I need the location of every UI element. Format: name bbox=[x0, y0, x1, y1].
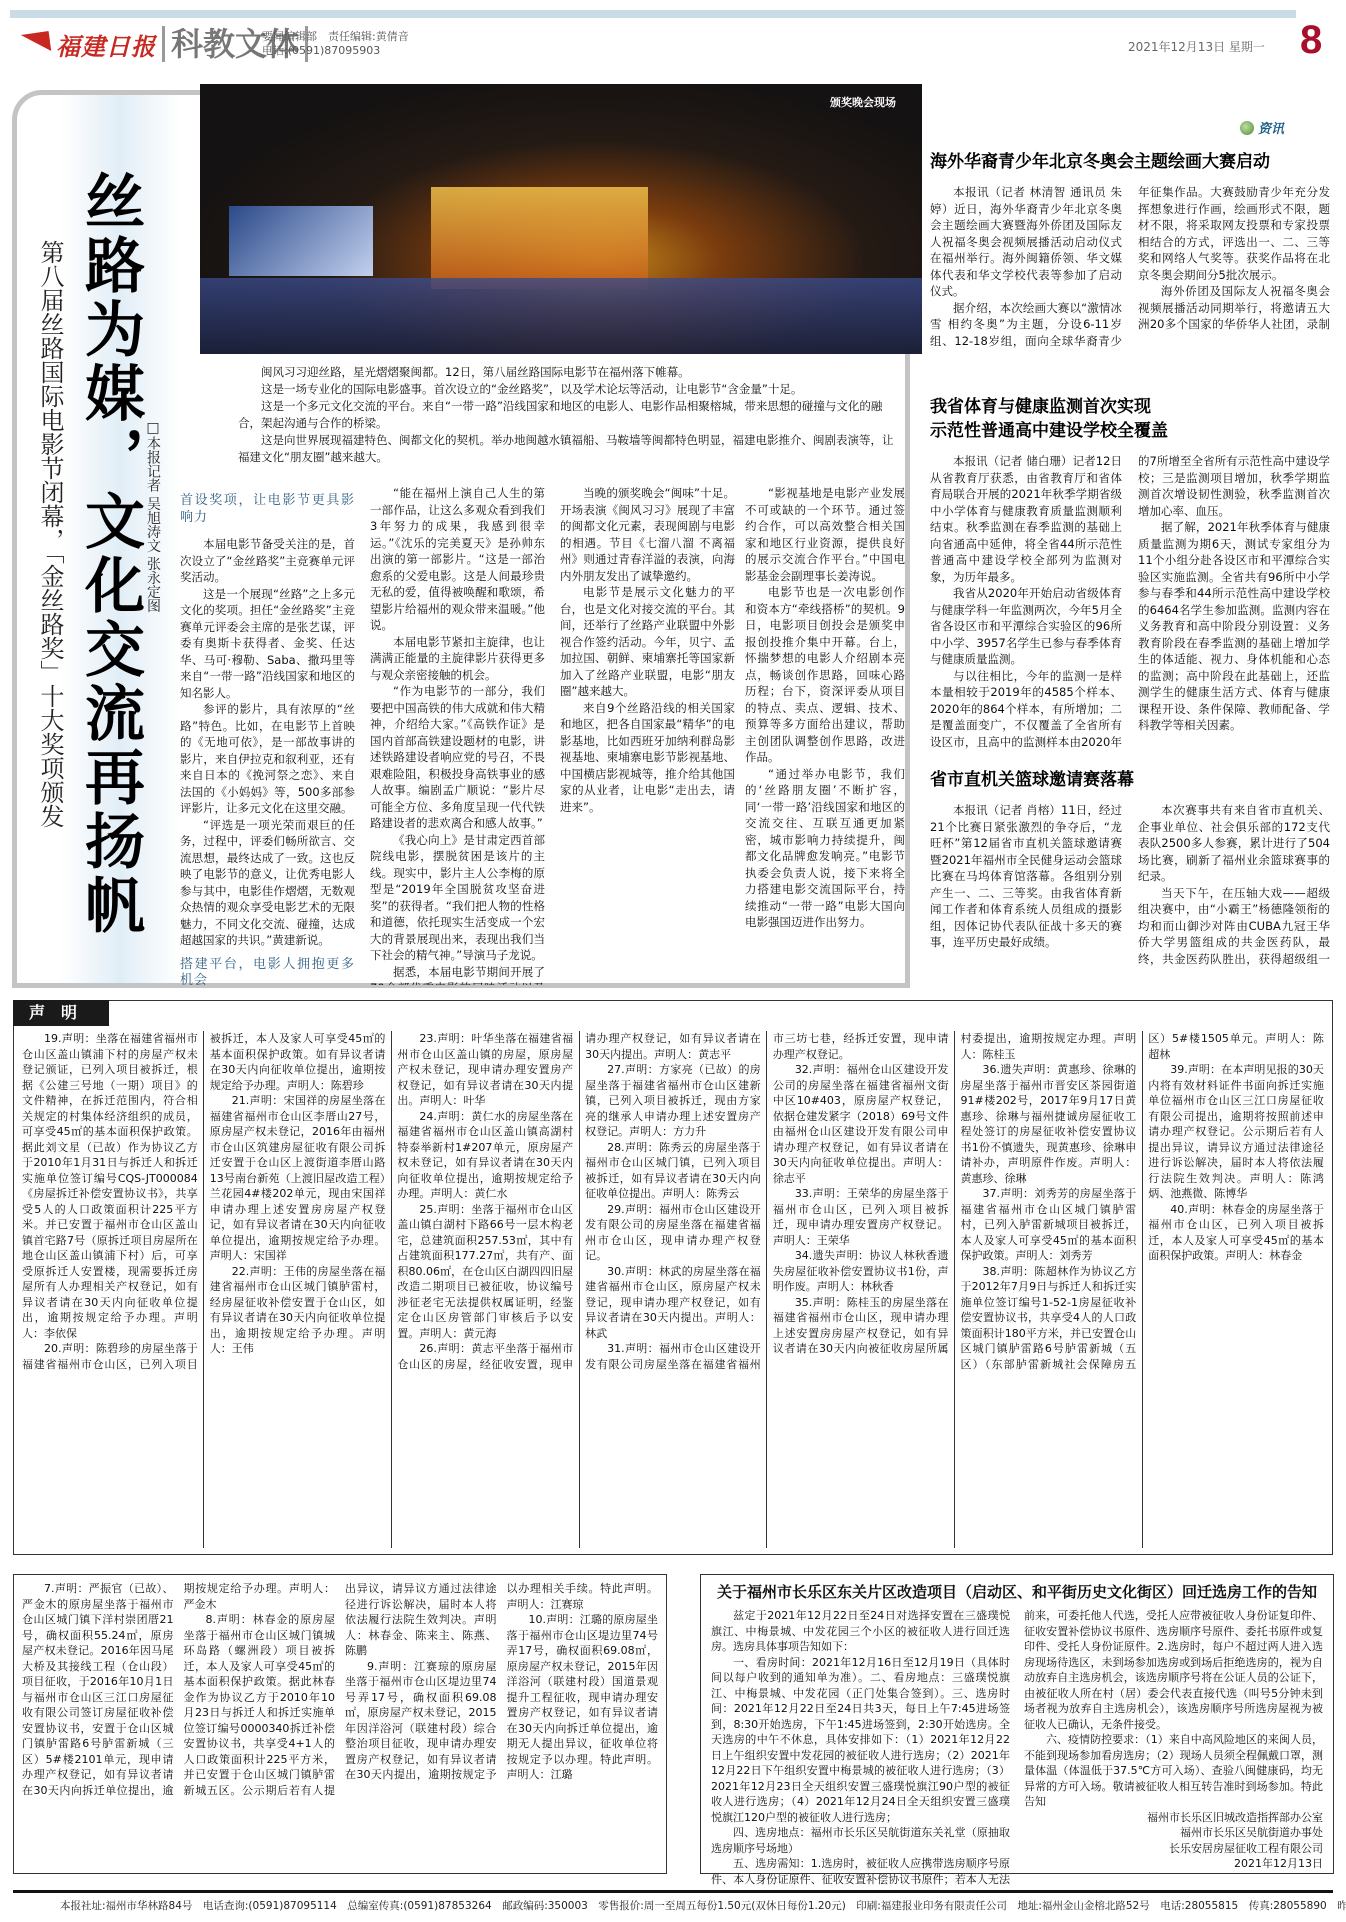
award-ceremony-photo: 颁奖晚会现场 bbox=[200, 84, 922, 354]
paragraph: 六、疫情防控要求：（1）来自中高风险地区的来闽人员，不能到现场参加看房选房；（2… bbox=[1024, 1732, 1323, 1810]
notices-block-lower: 7.声明：严振官（已故）、严金木的原房屋坐落于福州市仓山区城门镇下洋村崇团厝21… bbox=[13, 1574, 667, 1874]
notice-item: 27.声明：方家亮（已故）的房屋坐落于福建省福州市仓山区建新镇，已列入项目被拆迁… bbox=[585, 1062, 761, 1140]
paragraph: “作为电影节的一部分，我们要把中国高铁的伟大成就和伟大精神，介绍给大家。”《高铁… bbox=[370, 683, 545, 832]
signature-date: 2021年12月13日 bbox=[1024, 1856, 1323, 1872]
lead-subheadline: 第八届丝路国际电影节闭幕，「金丝路奖」十大奖项颁发 bbox=[36, 240, 64, 828]
paragraph: “能在福州上演自己人生的第一部作品，让这么多观众看到我们3年努力的成果，我感到很… bbox=[370, 485, 545, 634]
caption-line: 这是一个多元文化交流的平台。来自“一带一路”沿线国家和地区的电影人、电影作品相聚… bbox=[238, 398, 898, 432]
page-number: 8 bbox=[1300, 18, 1322, 63]
notices-title: 声明 bbox=[13, 1000, 109, 1026]
led-screen bbox=[229, 206, 373, 276]
article-body: 本报讯（记者 肖榕）11日，经过21个比赛日紧张激烈的争夺后，“龙旺杯”第12届… bbox=[930, 802, 1330, 982]
paragraph: 本报讯（记者 肖榕）11日，经过21个比赛日紧张激烈的争夺后，“龙旺杯”第12届… bbox=[930, 802, 1122, 951]
paragraph: 当晚的颁奖晚会“闽味”十足。开场表演《闽风习习》展现了丰富的闽都文化元素，表现闽… bbox=[560, 485, 735, 584]
paragraph: 据了解，2021年秋季体育与健康质量监测为期6天，测试专家组分为11个小组分赴各… bbox=[1138, 519, 1330, 734]
paper-name: 福建日报 bbox=[56, 27, 156, 62]
article-column-4: “影视基地是电影产业发展不可或缺的一个环节。通过签约合作，可以高效整合相关国家和… bbox=[745, 485, 905, 985]
caption-line: 这是一场专业化的国际电影盛事。首次设立的“金丝路奖”，以及学术论坛等活动，让电影… bbox=[238, 381, 898, 398]
signature-line: 长乐安居房屋征收工程有限公司 bbox=[1024, 1841, 1323, 1857]
headline-line: 示范性普通高中建设学校全覆盖 bbox=[930, 419, 1330, 443]
photo-label: 颁奖晚会现场 bbox=[830, 94, 896, 110]
notice-item: 32.声明：福州仓山区建设开发公司的房屋坐落在福建省福州文街中区10#403，原… bbox=[773, 1062, 949, 1186]
paragraph: 本报讯（记者 林清智 通讯员 朱婷）近日，海外华裔青少年北京冬奥会主题绘画大赛暨… bbox=[930, 184, 1122, 300]
notice-item: 25.声明：坐落于福州市仓山区盖山镇白湖村下路66号一层木构老宅，总建筑面积25… bbox=[397, 1202, 573, 1342]
news-article-2: 我省体育与健康监测首次实现 示范性普通高中建设学校全覆盖 本报讯（记者 储白珊）… bbox=[930, 395, 1330, 753]
article-headline: 我省体育与健康监测首次实现 示范性普通高中建设学校全覆盖 bbox=[930, 395, 1330, 443]
relocation-announcement: 关于福州市长乐区东关片区改造项目（启动区、和平街历史文化街区）回迁选房工作的告知… bbox=[700, 1574, 1334, 1874]
caption-line: 这是向世界展现福建特色、闽都文化的契机。举办地闽越水镇福船、马鞍墙等闽都特色明显… bbox=[238, 432, 898, 466]
notice-item: 37.声明：刘秀芳的房屋坐落于福建省福州市仓山区城门镇胪雷村，已列入胪雷新城项目… bbox=[961, 1186, 1137, 1264]
notice-item: 23.声明：叶华坐落在福建省福州市仓山区盖山镇的房屋，原房屋产权未登记，现申请办… bbox=[397, 1031, 573, 1109]
stage-building bbox=[431, 187, 648, 290]
notices-block: 19.声明：坐落在福建省福州市仓山区盖山镇浦下村的房屋产权未登记颁证，已列入项目… bbox=[13, 1000, 1333, 1555]
paragraph: 本届电影节紧扣主旋律，也让满满正能量的主旋律影片获得更多与观众亲密接触的机会。 bbox=[370, 634, 545, 684]
issue-date: 2021年12月13日 星期一 bbox=[1128, 38, 1265, 55]
article-column-2: “能在福州上演自己人生的第一部作品，让这么多观众看到我们3年努力的成果，我感到很… bbox=[370, 485, 545, 985]
lead-byline: □本报记者 吴旭涛文 张永定图 bbox=[145, 420, 161, 613]
article-headline: 省市直机关篮球邀请赛落幕 bbox=[930, 768, 1330, 792]
paragraph: 四、选房地点：福州市长乐区吴航街道东关礼堂（原抽取选房顺序号场地） bbox=[711, 1825, 1010, 1856]
notice-item: 24.声明：黄仁水的房屋坐落在福建省福州市仓山区盖山镇高湖村特泰举新村1#207… bbox=[397, 1109, 573, 1202]
globe-icon bbox=[1240, 121, 1254, 135]
notice-item: 28.声明：陈秀云的房屋坐落于福州市仓山区城门镇，已列入项目被拆迁，如有异议者请… bbox=[585, 1140, 761, 1202]
paragraph: 本届电影节备受关注的是，首次设立了“金丝路奖”主竞赛单元评奖活动。 bbox=[180, 536, 355, 586]
top-color-bar bbox=[10, 10, 1296, 18]
editor-line: 要闻编辑部 责任编辑:黄倩音 bbox=[262, 30, 409, 44]
article-body: 本报讯（记者 林清智 通讯员 朱婷）近日，海外华裔青少年北京冬奥会主题绘画大赛暨… bbox=[930, 184, 1330, 364]
paragraph: 电影节是展示文化魅力的平台，也是文化对接交流的平台。其间，还举行了丝路产业联盟中… bbox=[560, 584, 735, 700]
paragraph: 我省从2020年开始启动省级体育与健康学科一年监测两次，今年5月全省各设区市和平… bbox=[930, 585, 1122, 668]
notice-item: 29.声明：福州市仓山区建设开发有限公司的房屋坐落在福建省福州市仓山区，现申请办… bbox=[585, 1202, 761, 1264]
article-column-1: 首设奖项，让电影节更具影响力 本届电影节备受关注的是，首次设立了“金丝路奖”主竞… bbox=[180, 485, 355, 985]
editor-info: 要闻编辑部 责任编辑:黄倩音 电话:(0591)87095903 bbox=[262, 30, 409, 58]
newspaper-logo-icon bbox=[22, 31, 50, 57]
notice-item: 33.声明：王荣华的房屋坐落于福州市仓山区，已列入项目被拆迁，现申请办理安置房产… bbox=[773, 1186, 949, 1248]
paragraph: “通过举办电影节，我们的‘丝路朋友圈’不断扩容，同‘一带一路’沿线国家和地区的交… bbox=[745, 766, 905, 931]
news-article-3: 省市直机关篮球邀请赛落幕 本报讯（记者 肖榕）11日，经过21个比赛日紧张激烈的… bbox=[930, 768, 1330, 982]
notice-item: 30.声明：林武的房屋坐落在福建省福州市仓山区，原房屋产权未登记，现申请办理产权… bbox=[585, 1264, 761, 1342]
notice-item: 22.声明：王伟的房屋坐落在福建省福州市仓山区城门镇胪雷村，经房屋征收补偿安置于… bbox=[210, 1264, 386, 1357]
paragraph: 据悉，本届电影节期间开展了70余部优秀电影的展映活动以及主创见面会，为市民带来了… bbox=[370, 964, 545, 986]
article-headline: 海外华裔青少年北京冬奥会主题绘画大赛启动 bbox=[930, 150, 1330, 174]
notice-item: 39.声明：在本声明见报的30天内将有效材料证件书面向拆迁实施单位福州市仓山区三… bbox=[1148, 1062, 1324, 1202]
article-body: 本报讯（记者 储白珊）记者12日从省教育厅获悉，由省教育厅和省体育局联合开展的2… bbox=[930, 453, 1330, 753]
water-stage bbox=[200, 278, 922, 354]
article-column-3: 当晚的颁奖晚会“闽味”十足。开场表演《闽风习习》展现了丰富的闽都文化元素，表现闽… bbox=[560, 485, 735, 985]
notice-item: 36.遗失声明：黄惠珍、徐琳的房屋坐落于福州市晋安区茶园街道91#楼202号，2… bbox=[961, 1062, 1137, 1186]
notice-item: 21.声明：宋国祥的房屋坐落在福建省福州市仓山区李厝山27号，原房屋产权未登记，… bbox=[210, 1093, 386, 1264]
news-tag-label: 资讯 bbox=[1258, 118, 1284, 137]
paragraph: “影视基地是电影产业发展不可或缺的一个环节。通过签约合作，可以高效整合相关国家和… bbox=[745, 485, 905, 584]
paragraph: 《我心向上》是甘肃定西首部院线电影，摆脱贫困是该片的主线。现实中，影片主人公李梅… bbox=[370, 832, 545, 964]
lead-headline: 丝路为媒，文化交流再扬帆 bbox=[78, 170, 142, 938]
announcement-title: 关于福州市长乐区东关片区改造项目（启动区、和平街历史文化街区）回迁选房工作的告知 bbox=[711, 1581, 1323, 1602]
paragraph: 本次赛事共有来自省市直机关、企事业单位、社会俱乐部的172支代表队2500多人参… bbox=[1138, 802, 1330, 885]
news-section-tag: 资讯 bbox=[1240, 118, 1284, 137]
signature-line: 福州市长乐区旧城改造指挥部办公室 bbox=[1024, 1810, 1323, 1826]
announcement-body: 兹定于2021年12月22日至24日对选择安置在三盛璞悦旗江、中梅景城、中发花园… bbox=[711, 1608, 1323, 1887]
paragraph: 电影节也是一次电影创作和资本方“牵线搭桥”的契机。9日，电影项目创投会是颁奖申报… bbox=[745, 584, 905, 766]
paragraph: 参评的影片，具有浓厚的“丝路”特色。比如，在电影节上首映的《无地可依》，是一部故… bbox=[180, 701, 355, 817]
paragraph: 兹定于2021年12月22日至24日对选择安置在三盛璞悦旗江、中梅景城、中发花园… bbox=[711, 1608, 1010, 1655]
signature-line: 福州市长乐区吴航街道办事处 bbox=[1024, 1825, 1323, 1841]
notice-item: 10.声明：江璐的原房屋坐落于福州市仓山区堤边里74号弄17号，确权面积69.0… bbox=[507, 1612, 659, 1783]
footer-info: 本报社址:福州市华林路84号 电话查询:(0591)87095114 总编室传真… bbox=[60, 1898, 1346, 1913]
paragraph: 来自9个丝路沿线的相关国家和地区，把各自国家最“精华”的电影基地，比如西班牙加纳… bbox=[560, 700, 735, 816]
notice-item: 34.遗失声明：协议人林秋香遗失房屋征收补偿安置协议书1份，声明作废。声明人：林… bbox=[773, 1248, 949, 1295]
paragraph: 这是一个展现“丝路”之上多元文化的奖项。担任“金丝路奖”主竞赛单元评委会主席的是… bbox=[180, 586, 355, 702]
paragraph: “评选是一项光荣而艰巨的任务，过程中，评委们畅所欲言、交流思想，最终达成了一致。… bbox=[180, 817, 355, 949]
footer-divider bbox=[13, 1890, 1333, 1893]
notice-item: 40.声明：林春金的房屋坐落于福州市仓山区，已列入项目被拆迁，本人及家人可享受4… bbox=[1148, 1202, 1324, 1264]
phone-line: 电话:(0591)87095903 bbox=[262, 44, 409, 58]
notice-item: 19.声明：坐落在福建省福州市仓山区盖山镇浦下村的房屋产权未登记颁证，已列入项目… bbox=[22, 1031, 198, 1341]
news-article-1: 海外华裔青少年北京冬奥会主题绘画大赛启动 本报讯（记者 林清智 通讯员 朱婷）近… bbox=[930, 150, 1330, 364]
headline-line: 我省体育与健康监测首次实现 bbox=[930, 395, 1330, 419]
section-subhead: 首设奖项，让电影节更具影响力 bbox=[180, 493, 355, 526]
paragraph: 一、看房时间：2021年12月16日至12月19日（具体时间以每户收到的通知单为… bbox=[711, 1655, 1010, 1826]
paragraph: 本报讯（记者 储白珊）记者12日从省教育厅获悉，由省教育厅和省体育局联合开展的2… bbox=[930, 453, 1122, 585]
section-subhead: 搭建平台，电影人拥抱更多机会 bbox=[180, 957, 355, 986]
photo-caption: 闽风习习迎丝路，星光熠熠聚闽都。12日，第八届丝路国际电影节在福州落下帷幕。 这… bbox=[238, 364, 898, 466]
caption-line: 闽风习习迎丝路，星光熠熠聚闽都。12日，第八届丝路国际电影节在福州落下帷幕。 bbox=[238, 364, 898, 381]
